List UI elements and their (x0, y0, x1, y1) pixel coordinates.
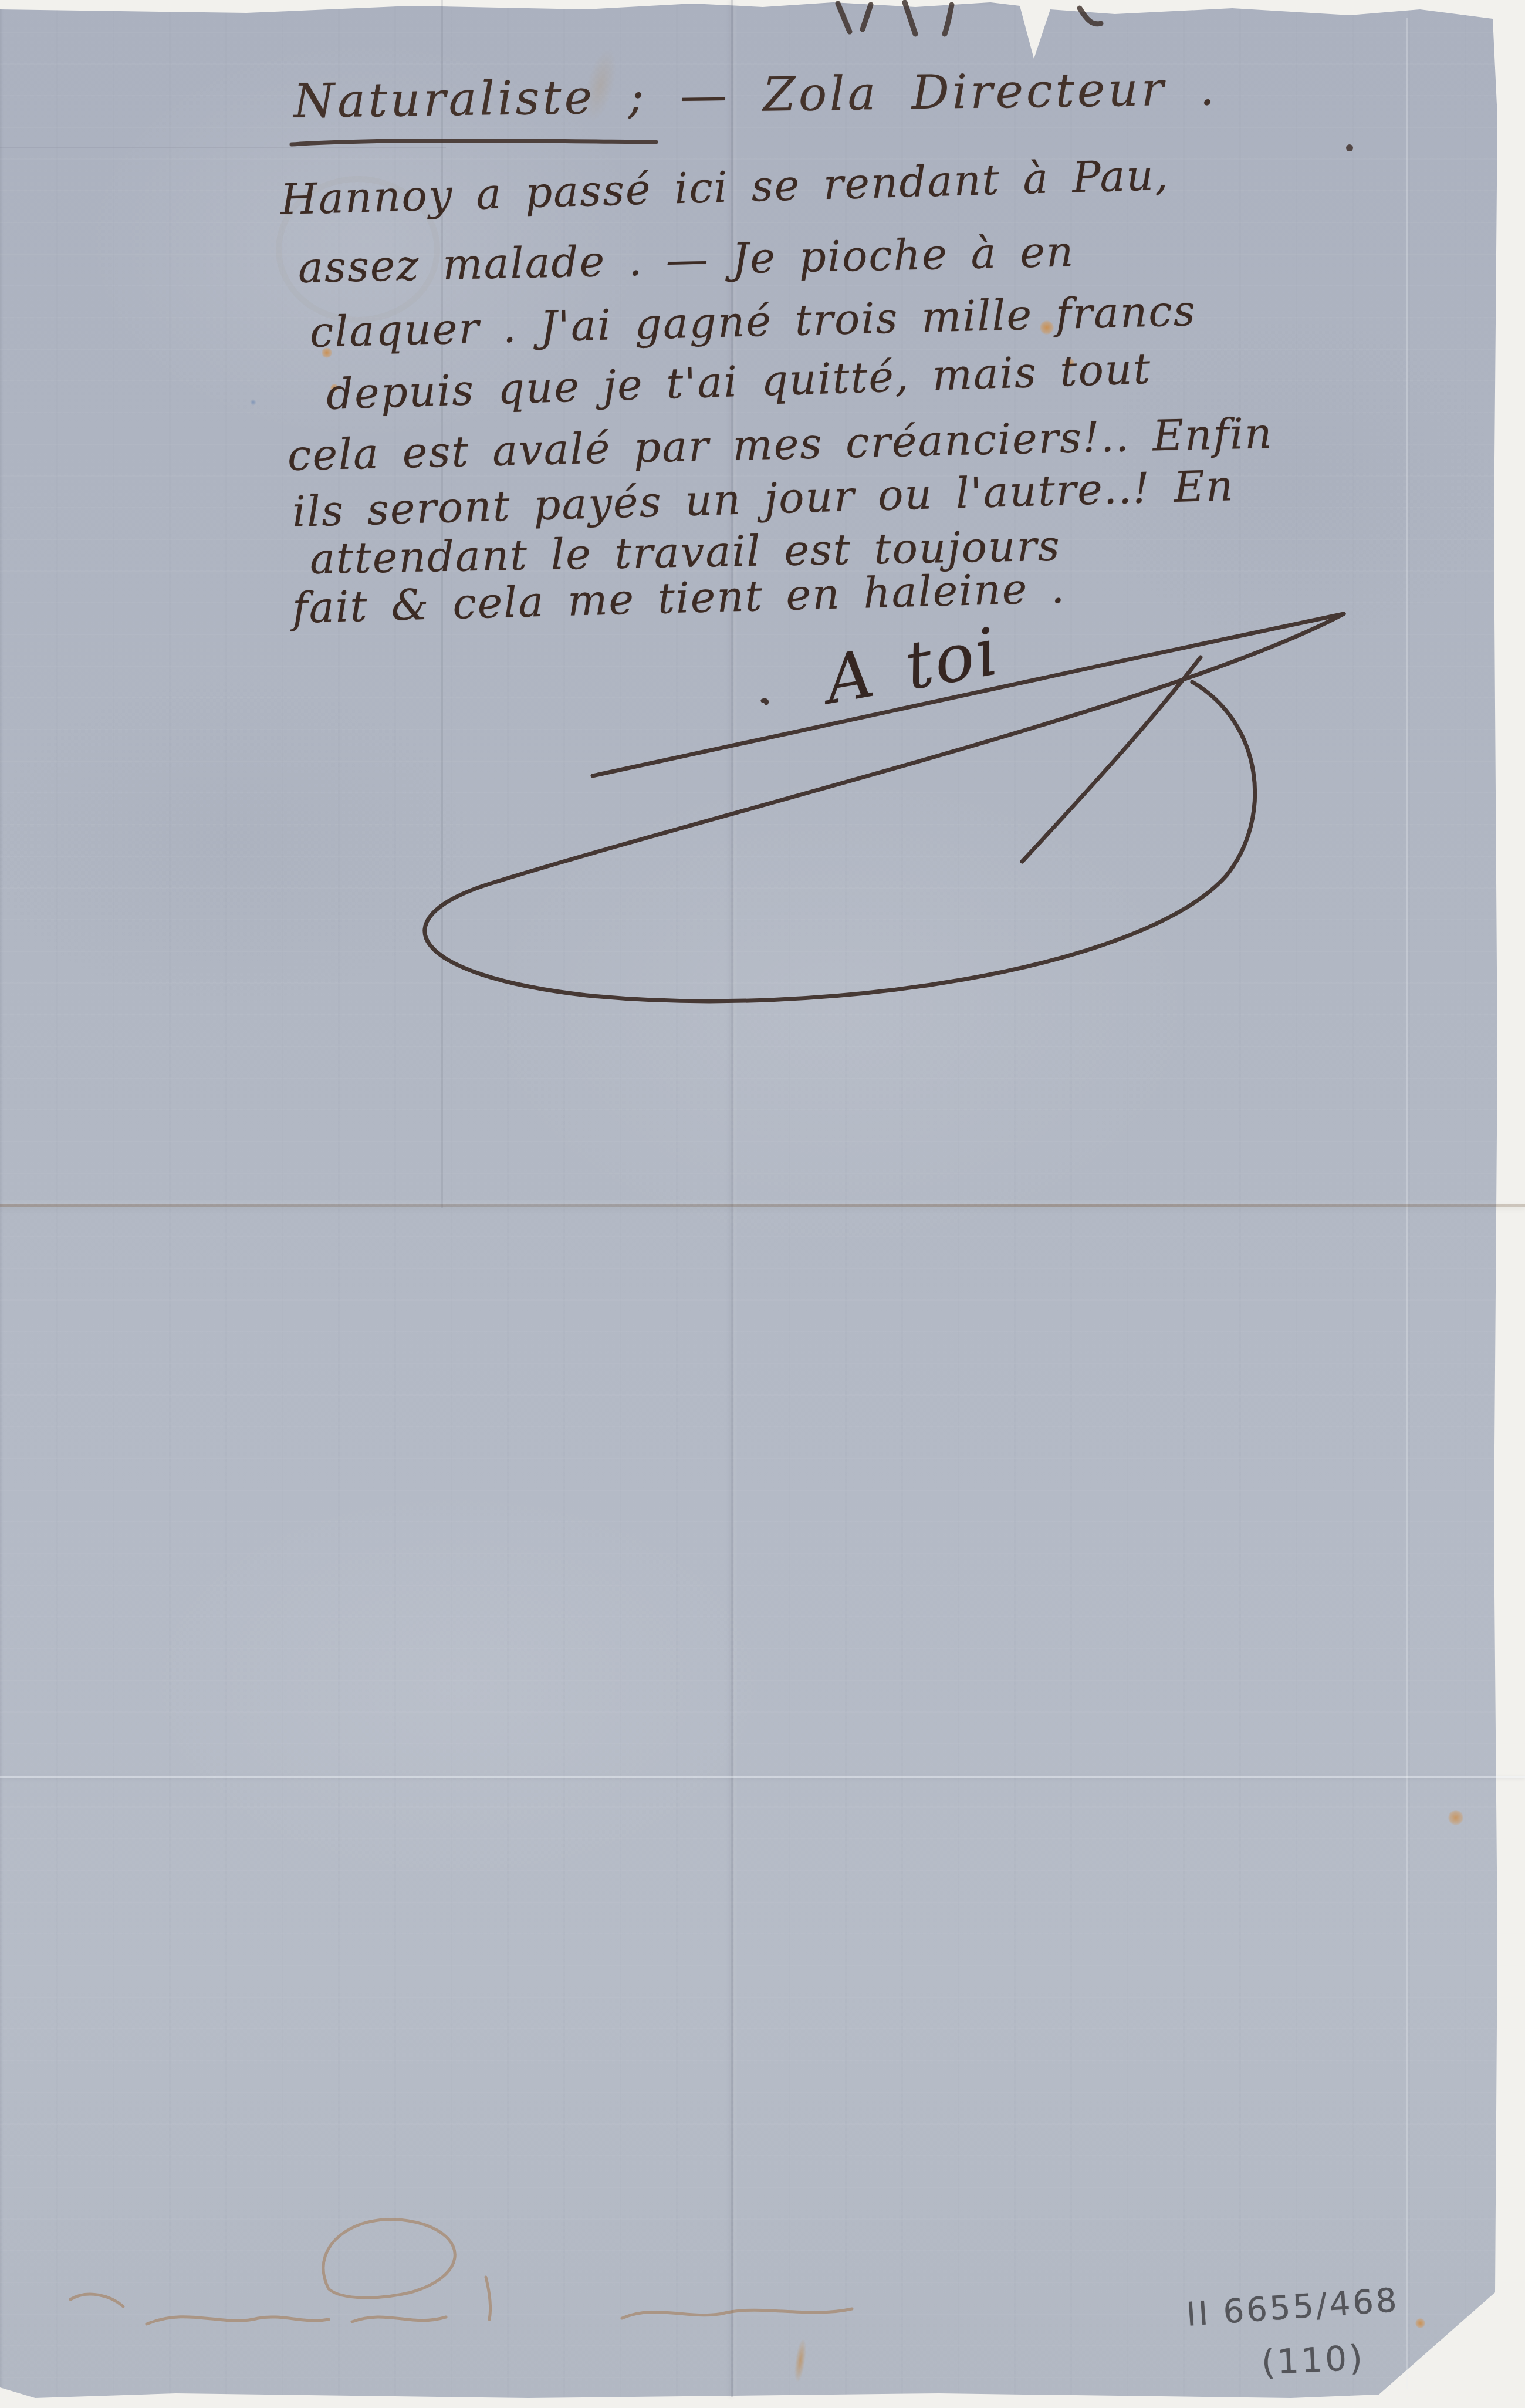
sheet-number: (110) (1260, 2338, 1365, 2383)
scanned-letter-page: Naturaliste ; — Zola Directeur . Hannoy … (0, 0, 1525, 2408)
